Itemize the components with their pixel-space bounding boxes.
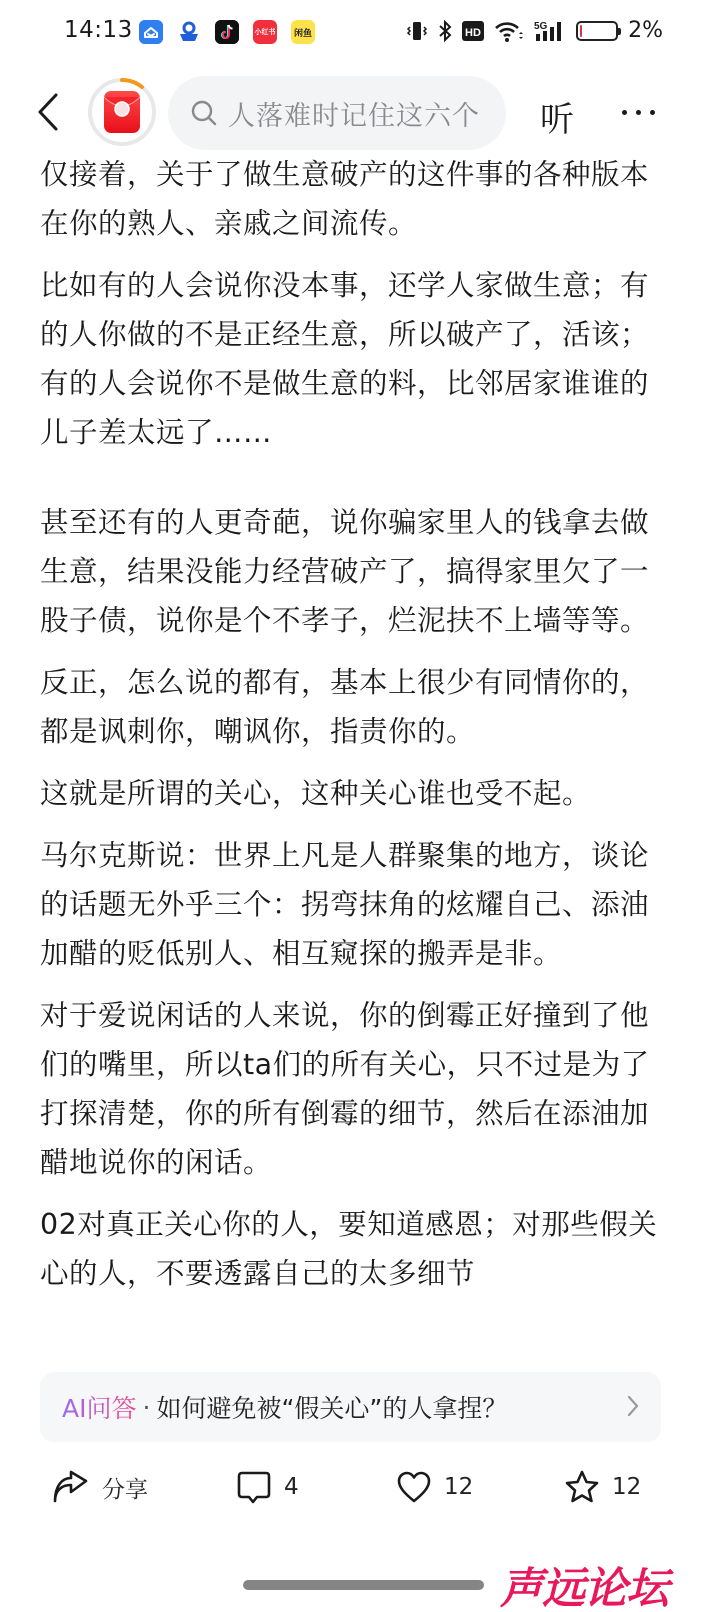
like-count: 12 <box>444 1474 473 1500</box>
progress-ring-icon <box>88 78 156 146</box>
search-input[interactable]: 人落难时记住这六个 <box>168 76 506 150</box>
article-body: 仅接着，关于了做生意破产的这件事的各种版本在你的熟人、亲戚之间流传。 比如有的人… <box>40 150 670 1298</box>
chevron-left-icon <box>36 92 60 132</box>
xianyu-icon: 闲鱼 <box>291 20 315 44</box>
paragraph: 这就是所谓的关心，这种关心谁也受不起。 <box>40 769 670 818</box>
back-button[interactable] <box>30 90 66 134</box>
search-placeholder: 人落难时记住这六个 <box>228 94 480 133</box>
comment-icon <box>236 1469 272 1505</box>
action-bar: 分享 4 12 12 <box>0 1462 720 1512</box>
ai-qa-label: AI问答 <box>62 1389 136 1425</box>
paragraph: 对于爱说闲话的人来说，你的倒霉正好撞到了他们的嘴里，所以ta们的所有关心，只不过… <box>40 991 670 1187</box>
more-button[interactable] <box>622 94 655 130</box>
notification-app-icons: 小红书 闲鱼 <box>139 20 315 44</box>
comment-count: 4 <box>284 1474 299 1500</box>
star-icon <box>564 1469 600 1505</box>
hd-icon: HD <box>462 21 484 41</box>
home-indicator[interactable] <box>243 1580 484 1590</box>
more-dots-icon <box>622 110 627 115</box>
share-button[interactable]: 分享 <box>52 1462 148 1512</box>
system-indicators: HD 5G 2% <box>406 18 663 43</box>
watermark-logo: 声远论坛 <box>500 1555 668 1612</box>
separator: · <box>142 1393 150 1422</box>
xiaohongshu-icon: 小红书 <box>253 20 277 44</box>
battery-icon <box>576 21 618 41</box>
ai-qa-card[interactable]: AI问答 · 如何避免被“假关心”的人拿捏？ <box>40 1372 661 1442</box>
svg-text:5G: 5G <box>534 21 548 32</box>
section-heading: 02对真正关心你的人，要知道感恩；对那些假关心的人，不要透露自己的太多细节 <box>40 1200 670 1298</box>
paragraph: 比如有的人会说你没本事，还学人家做生意；有的人你做的不是正经生意，所以破产了，活… <box>40 261 670 457</box>
comment-button[interactable]: 4 <box>236 1462 299 1512</box>
wifi-icon <box>494 19 524 43</box>
svg-text:HD: HD <box>465 27 481 39</box>
share-icon <box>52 1470 90 1504</box>
paragraph: 甚至还有的人更奇葩，说你骗家里人的钱拿去做生意，结果没能力经营破产了，搞得家里欠… <box>40 498 670 645</box>
vibrate-icon <box>406 19 428 43</box>
listen-button[interactable]: 听 <box>540 92 574 141</box>
avatar[interactable] <box>88 78 156 146</box>
paragraph: 马尔克斯说：世界上凡是人群聚集的地方，谈论的话题无外乎三个：拐弯抹角的炫耀自己、… <box>40 831 670 978</box>
chevron-right-icon <box>625 1392 641 1420</box>
app-blue-bowl-icon <box>177 20 201 44</box>
battery-percent: 2% <box>628 18 663 43</box>
signal-5g-icon: 5G <box>534 19 566 43</box>
paragraph: 反正，怎么说的都有，基本上很少有同情你的，都是讽刺你，嘲讽你，指责你的。 <box>40 658 670 756</box>
top-nav: 人落难时记住这六个 听 <box>0 72 720 154</box>
favorite-count: 12 <box>612 1474 641 1500</box>
status-time: 14:13 <box>64 17 133 43</box>
search-icon <box>190 99 218 127</box>
status-bar: 14:13 小红书 闲鱼 HD 5G 2% <box>0 0 720 64</box>
like-button[interactable]: 12 <box>396 1462 473 1512</box>
app-house-icon <box>139 20 163 44</box>
paragraph: 仅接着，关于了做生意破产的这件事的各种版本在你的熟人、亲戚之间流传。 <box>40 150 670 248</box>
ai-question: 如何避免被“假关心”的人拿捏？ <box>156 1389 507 1425</box>
favorite-button[interactable]: 12 <box>564 1462 641 1512</box>
heart-icon <box>396 1470 432 1504</box>
share-label: 分享 <box>102 1471 148 1504</box>
bluetooth-icon <box>438 19 452 43</box>
tiktok-icon <box>215 20 239 44</box>
